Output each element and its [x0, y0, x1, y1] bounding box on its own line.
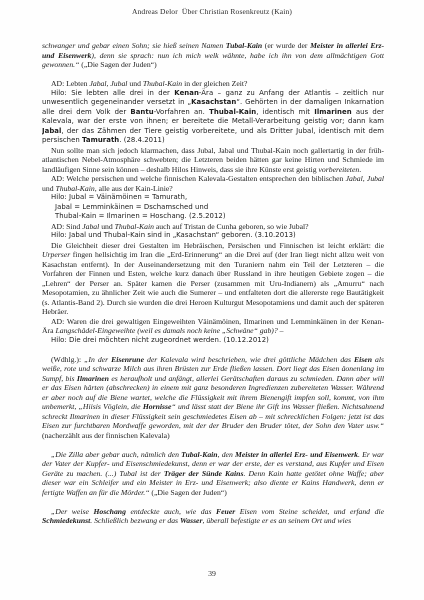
text-run: Tamurath [82, 136, 119, 144]
text-run: Tubal-Kain [226, 41, 262, 50]
text-run: . Schließlich bezwang er das [90, 516, 180, 525]
text-run: Jabal [42, 127, 61, 135]
text-run: Hilo: Jabal und Thubal-Kain sind in „Kas… [51, 231, 296, 239]
text-run: -Vorfahren an. [154, 108, 209, 116]
text-run: Eisenrune [111, 355, 144, 364]
text-run: fingen hellsichtig im Iran die „Erd-Erin… [42, 250, 384, 316]
text-run: (Wdhlg.): [51, 355, 84, 364]
text-run: AD: Lebten [51, 79, 89, 88]
text-run: Jabal, Jubal [89, 79, 127, 88]
paragraph: AD: Lebten Jabal, Jubal und Thubal-Kain … [42, 79, 384, 89]
text-run: Jabal, Jubal [346, 174, 384, 183]
paragraph: Die Gleichheit dieser drei Gestalten im … [42, 241, 384, 317]
text-run: Urperser [42, 250, 70, 259]
text-run: Thubal-Kain [209, 108, 256, 116]
paragraph: AD: Sind Jabal und Thubal-Kain auch auf … [42, 222, 384, 232]
text-run: Langschädel-Eingeweihte (weil es damals … [55, 326, 277, 335]
text-run: Thubal-Kain [55, 184, 94, 193]
text-run: („Die Sagen der Juden“) [149, 488, 226, 497]
paragraph: schwanger und gebar einen Sohn; sie hieß… [42, 41, 384, 70]
text-run: AD: Welche persischen und welche finnisc… [51, 174, 346, 183]
text-run: Kenan [174, 89, 199, 97]
text-run: AD: Sind [51, 222, 82, 231]
text-run: entdeckte auch, wie das [126, 507, 216, 516]
text-run: schwanger und gebar einen Sohn; sie hieß… [42, 41, 226, 50]
text-run: Hilo: Sie lebten alle drei in der [51, 89, 174, 97]
paragraph: (Wdhlg.): „In der Eisenrune der Kalevala… [42, 355, 384, 441]
text-run: (er wurde der [262, 41, 310, 50]
text-run: (nacherzählt aus der finnischen Kalevala… [42, 431, 170, 440]
text-run: Ilmarinen [77, 374, 109, 383]
text-run: Jabal = Lemminkäinen = Dschamsched und [55, 203, 208, 211]
text-run: Wasser [180, 516, 203, 525]
text-run: Thubal-Kain [143, 79, 182, 88]
text-run: Thubal-Kain = Ilmarinen = Hoschang. (2.5… [55, 212, 226, 220]
text-run: Eisen [354, 355, 372, 364]
text-run: Bantu [130, 108, 153, 116]
text-run: und [99, 222, 114, 231]
text-run: Schmiedekunst [42, 516, 90, 525]
text-run: („Die Sagen der Juden“) [79, 60, 156, 69]
text-run: und [42, 184, 55, 193]
text-run: vorbereiteten [319, 165, 360, 174]
text-run: „Der weise [51, 507, 93, 516]
text-run: Kasachstan [191, 98, 236, 106]
paragraph: AD: Welche persischen und welche finnisc… [42, 174, 384, 193]
text-run: Hoschang [93, 507, 125, 516]
paragraph: Nun sollte man sich jedoch klarmachen, d… [42, 146, 384, 175]
page-number: 39 [0, 569, 424, 578]
text-run: Meister in allerlei Erz- und Eisenwerk [235, 450, 358, 459]
text-run: Die Gleichheit dieser drei Gestalten im … [51, 241, 384, 250]
paragraph: „Der weise Hoschang entdeckte auch, wie … [42, 507, 384, 526]
page-body: schwanger und gebar einen Sohn; sie hieß… [42, 41, 384, 561]
paragraph: „Die Zilla aber gebar auch, nämlich den … [42, 450, 384, 498]
paragraph: Hilo: Sie lebten alle drei in der Kenan-… [42, 89, 384, 146]
paragraph: Hilo: Jubal = Väinämöinen = Tamurath, [42, 193, 384, 203]
text-run: „Die Zilla aber gebar auch, nämlich den [51, 450, 181, 459]
paragraph: Hilo: Die drei möchten nicht zugeordnet … [42, 336, 384, 346]
running-header: Andreas Delor Über Christian Rosenkreutz… [0, 7, 424, 16]
text-run: . [359, 165, 361, 174]
text-run: auch auf Tristan de Cunha geboren, so wi… [154, 222, 309, 231]
text-run: – [278, 326, 284, 335]
paragraph: AD: Waren die drei gewaltigen Eingeweiht… [42, 317, 384, 336]
text-run: , den [218, 450, 235, 459]
text-run: , identisch mit [256, 108, 314, 116]
text-run: in der gleichen Zeit? [182, 79, 247, 88]
paragraph: Jabal = Lemminkäinen = Dschamsched und [42, 203, 384, 213]
text-run: Träger der Sünde Kains [164, 469, 244, 478]
text-run: , überall befestigte er es an seinem Ort… [202, 516, 351, 525]
text-run: , alle aus der Kain-Linie? [95, 184, 173, 193]
text-run: der Kalevala wird beschrieben, wie drei … [144, 355, 354, 364]
paragraph: Hilo: Jabal und Thubal-Kain sind in „Kas… [42, 231, 384, 241]
text-run: Jabal [82, 222, 99, 231]
document-page: Andreas Delor Über Christian Rosenkreutz… [0, 0, 424, 600]
text-run: . (28.4.2011) [119, 136, 164, 144]
text-run: Thubal-Kain [115, 222, 154, 231]
text-run: Hilo: Jubal = Väinämöinen = Tamurath, [51, 193, 187, 201]
text-run: Tubal-Kain [181, 450, 217, 459]
text-run: Hornisse [143, 402, 172, 411]
text-run: Eisen vom Steine scheidet, und erfand di… [235, 507, 384, 516]
text-run: und [127, 79, 142, 88]
text-run: Feuer [216, 507, 235, 516]
text-run: Ilmarinen [314, 108, 351, 116]
text-run: Hilo: Die drei möchten nicht zugeordnet … [51, 336, 269, 344]
paragraph: Thubal-Kain = Ilmarinen = Hoschang. (2.5… [42, 212, 384, 222]
text-run: „In der [84, 355, 111, 364]
